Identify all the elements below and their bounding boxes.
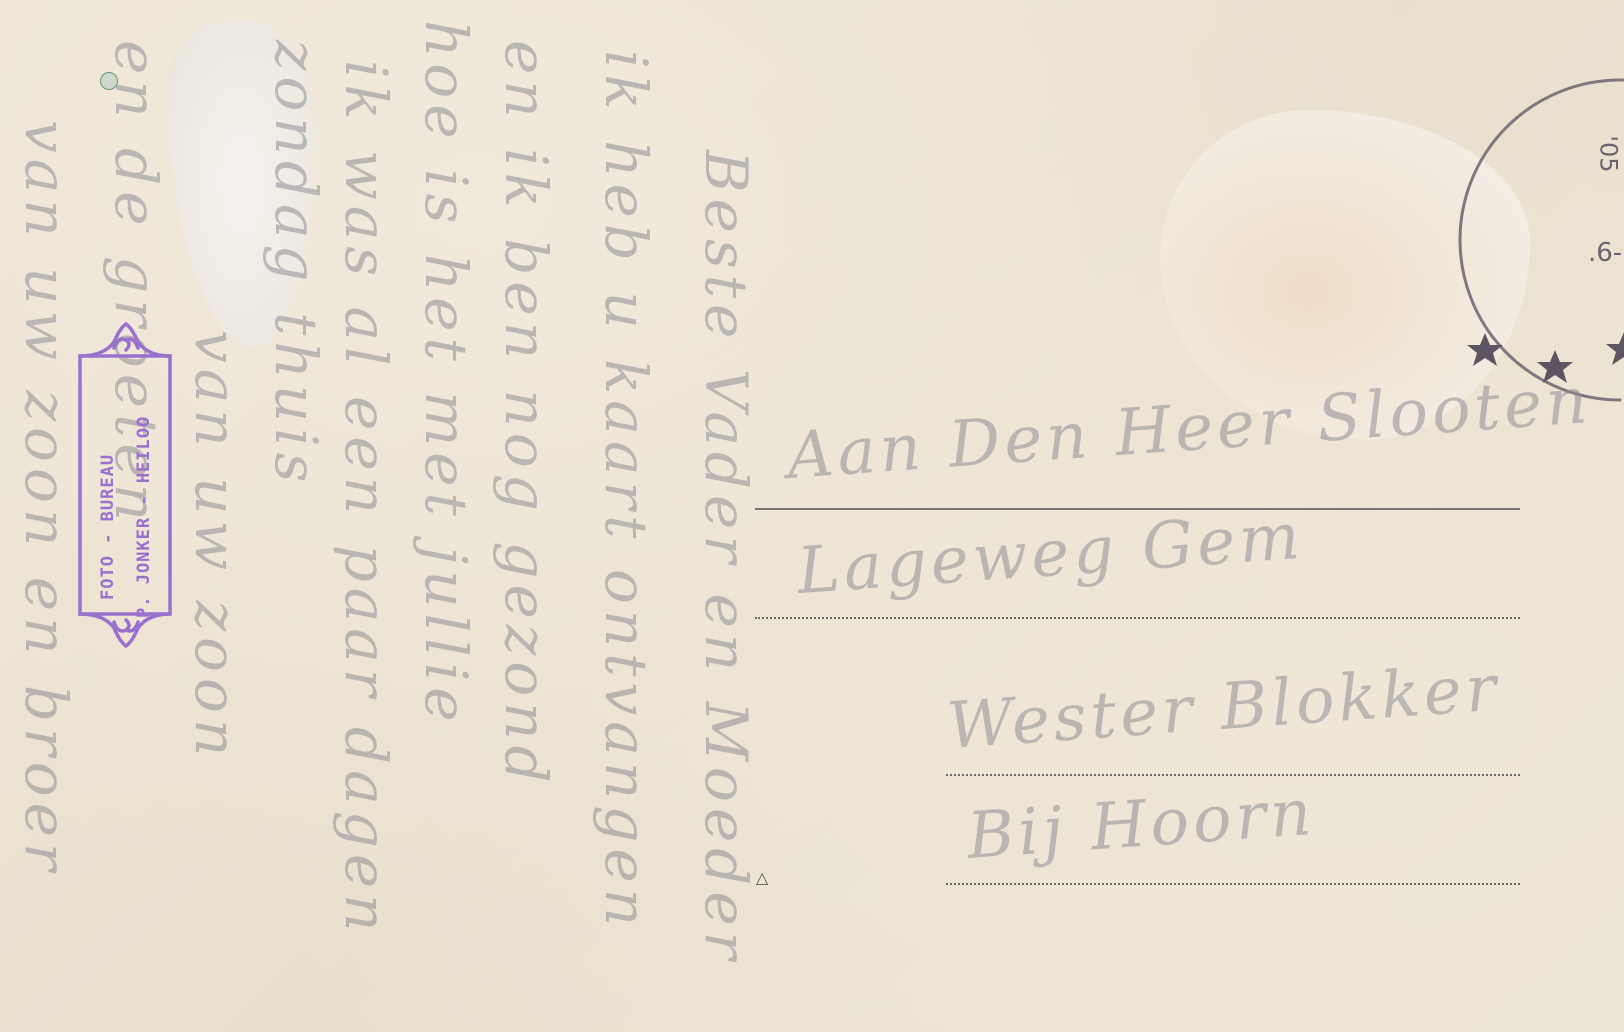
message-line-3: en ik ben nog gezond — [492, 40, 560, 789]
postcard-back: Beste Vader en Moeder ik heb u kaart ont… — [0, 0, 1624, 1032]
message-line-5: ik was al een paar dagen — [332, 60, 400, 938]
address-line-4: Bij Hoorn — [965, 776, 1318, 874]
stamp-border-icon — [74, 318, 178, 648]
triangle-mark: △ — [756, 868, 768, 887]
address-rule-1 — [755, 508, 1520, 510]
address-rule-4 — [946, 883, 1520, 885]
stamp-line-foto-bureau: FOTO - BUREAU — [98, 454, 118, 600]
address-rule-3 — [946, 774, 1520, 776]
message-line-9: van uw zoon en broer — [12, 120, 80, 877]
address-line-3: Wester Blokker — [945, 652, 1503, 764]
message-line-6: zondag thuis — [262, 40, 330, 488]
address-line-1: Aan Den Heer Slooten — [785, 364, 1594, 494]
message-line-4: hoe is het met jullie — [412, 20, 480, 728]
address-rule-2 — [755, 617, 1520, 619]
message-line-1: Beste Vader en Moeder — [692, 150, 760, 965]
message-line-2: ik heb u kaart ontvangen — [592, 50, 660, 932]
address-line-2: Lageweg Gem — [795, 500, 1306, 609]
postmark-year: '05 — [1595, 135, 1623, 172]
stamp-line-jonker-heiloo: P. JONKER - HEILOO — [134, 416, 154, 618]
postmark-date: .6- — [1588, 238, 1622, 268]
message-line-7: van uw zoon — [182, 330, 250, 762]
photographer-stamp: FOTO - BUREAU P. JONKER - HEILOO — [74, 318, 178, 648]
